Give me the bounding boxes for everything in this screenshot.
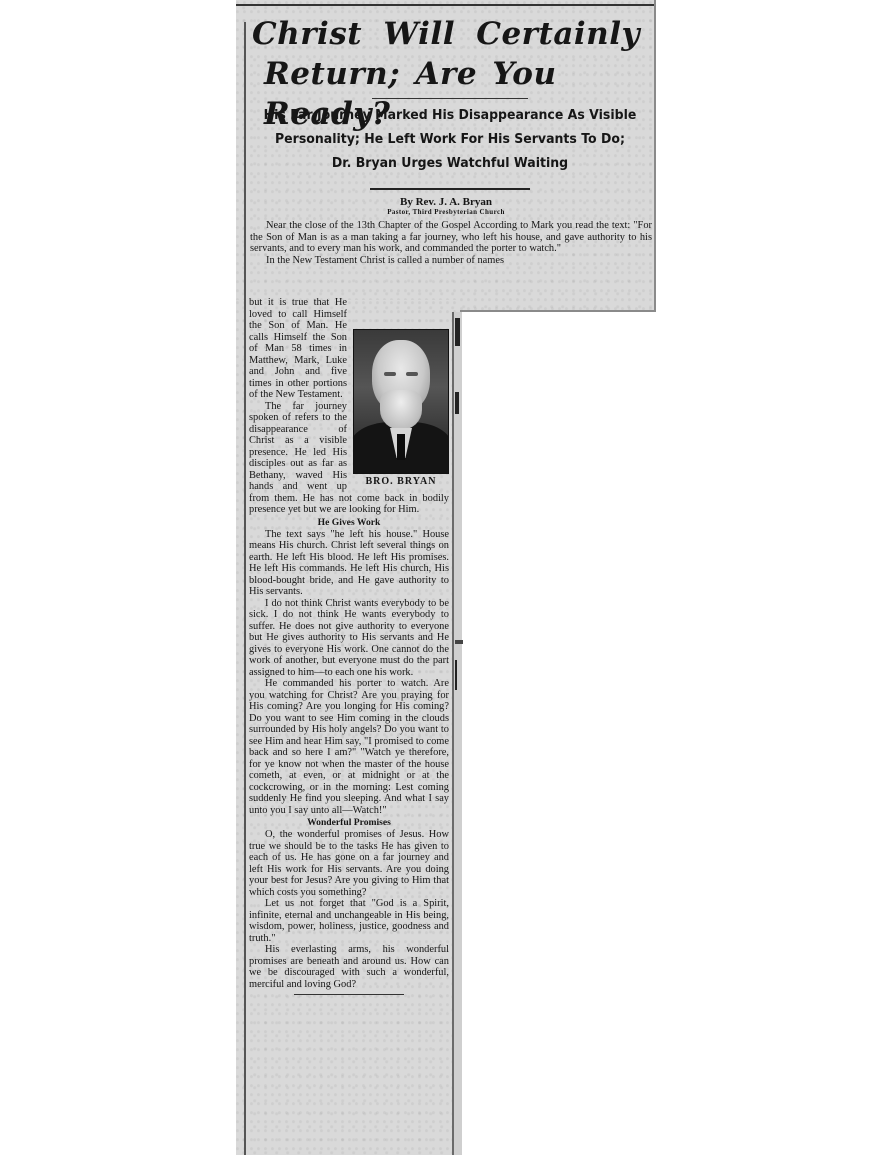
paragraph: O, the wonderful promises of Jesus. How … <box>249 829 449 898</box>
top-rule <box>236 4 654 6</box>
author-photo-block: BRO. BRYAN <box>353 329 449 488</box>
paragraph: His everlasting arms, his wonderful prom… <box>249 944 449 990</box>
adjacent-column-fragment <box>455 392 459 414</box>
section-subhead: Wonderful Promises <box>249 817 449 829</box>
paragraph: He commanded his porter to watch. Are yo… <box>249 678 449 816</box>
deck-line-2: Personality; He Left Work For His Servan… <box>262 127 637 151</box>
deck-line-1: His Far Journey Marked His Disappearance… <box>262 103 637 127</box>
adjacent-column-fragment <box>455 660 457 690</box>
deck-divider <box>370 188 530 190</box>
section-subhead: He Gives Work <box>249 517 449 529</box>
headline-line-1: Christ Will Certainly <box>250 14 650 54</box>
byline: By Rev. J. A. Bryan Pastor, Third Presby… <box>236 196 656 216</box>
left-border-rule <box>244 22 246 1155</box>
paragraph: In the New Testament Christ is called a … <box>250 255 652 267</box>
article-intro: Near the close of the 13th Chapter of th… <box>250 220 652 266</box>
paragraph: The text says "he left his house." House… <box>249 529 449 598</box>
author-photo <box>353 329 449 474</box>
deck-line-3: Dr. Bryan Urges Watchful Waiting <box>262 151 637 175</box>
byline-title: Pastor, Third Presbyterian Church <box>236 208 656 216</box>
paragraph: I do not think Christ wants everybody to… <box>249 598 449 679</box>
end-rule <box>294 994 404 995</box>
paragraph: Near the close of the 13th Chapter of th… <box>250 220 652 255</box>
column-rule <box>452 312 454 1155</box>
adjacent-column-fragment <box>455 640 463 644</box>
byline-author: By Rev. J. A. Bryan <box>400 196 492 208</box>
subheadline-deck: His Far Journey Marked His Disappearance… <box>262 103 637 175</box>
adjacent-column-edge <box>454 312 462 1155</box>
adjacent-column-fragment <box>455 318 460 346</box>
paragraph: Let us not forget that "God is a Spirit,… <box>249 898 449 944</box>
photo-caption: BRO. BRYAN <box>353 476 449 488</box>
article-body: BRO. BRYAN but it is true that He loved … <box>249 297 449 995</box>
headline-divider <box>372 98 528 99</box>
